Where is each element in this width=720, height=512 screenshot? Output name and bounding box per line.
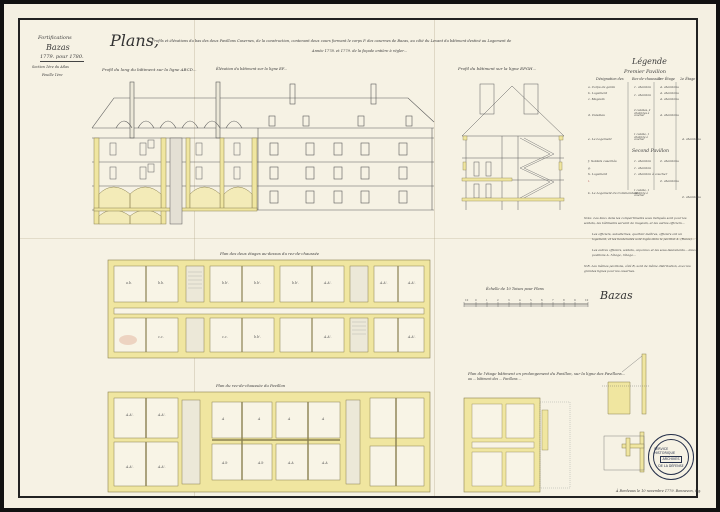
- section-elevation-caption: Profil du long du bâtiment sur la ligne …: [102, 68, 197, 72]
- legend-row: b. Logement: [588, 92, 607, 95]
- annex-plan: [464, 398, 574, 494]
- svg-text:A.A: A.A: [321, 461, 328, 465]
- title-subtitle-2: Année 1778. et 1779. de la façade entièr…: [312, 50, 407, 54]
- svg-text:A.A'.: A.A'.: [407, 335, 416, 339]
- svg-text:b.b'.: b.b'.: [254, 281, 261, 285]
- cross-section: [460, 82, 570, 212]
- svg-text:8: 8: [563, 298, 565, 302]
- legend-row: a. Corps de garde: [588, 86, 615, 89]
- ground-floor-plan-caption: Plan du rez-de-chaussée du Pavillon: [216, 384, 285, 388]
- footer-date-signature: À Bordeaux le 10 novembre 1779. Bonnavon…: [616, 490, 701, 493]
- svg-text:2: 2: [497, 298, 499, 302]
- svg-text:A.A'.: A.A'.: [323, 335, 332, 339]
- svg-text:A.A'.: A.A'.: [157, 413, 166, 417]
- stamp-middle-text: ARCHIVES: [660, 456, 682, 463]
- stamp-bottom-text: DE LA DÉFENSE: [658, 464, 683, 468]
- svg-text:A.A'.: A.A'.: [379, 281, 388, 285]
- svg-text:a.b.: a.b.: [126, 281, 132, 285]
- legend-col-4: 2e Étage: [680, 78, 695, 81]
- svg-text:b.b'.: b.b'.: [292, 281, 299, 285]
- svg-text:A.A'.: A.A'.: [323, 281, 332, 285]
- svg-text:b.b.: b.b.: [158, 281, 164, 285]
- legend-row: d. Cuisines: [588, 114, 605, 117]
- cross-section-caption: Profil du bâtiment sur la ligne EFGH...: [458, 67, 536, 71]
- legend-row: f. Soldats casernés: [588, 160, 617, 163]
- legend-cell: 4. chambres: [660, 98, 679, 101]
- drawing-sheet: Fortifications Bazas 1779. pour 1780. Se…: [4, 4, 716, 508]
- ground-floor-plan: A.A'. A.A'. A.A'. A.A'. A A A A A.b A.b …: [108, 392, 430, 492]
- title-subtitle-1: Profils et élévations du bas des deux Pa…: [152, 40, 511, 44]
- archive-line-4: Section 1ère du Atlas: [32, 66, 69, 69]
- legend-title: Légende: [632, 58, 667, 66]
- svg-text:A.A'.: A.A'.: [157, 465, 166, 469]
- svg-text:A.b: A.b: [257, 461, 263, 465]
- legend-col-2: Rez-de-chaussée: [632, 78, 661, 81]
- scale-caption: Échelle de 10 Toises pour Plans: [486, 288, 544, 292]
- archive-line-3: 1779. pour 1780.: [40, 55, 84, 62]
- legend-section2-title: Second Pavillon: [632, 150, 669, 155]
- svg-text:6: 6: [541, 298, 543, 302]
- legend-cell: 1. chambre: [634, 160, 651, 163]
- svg-text:1: 1: [486, 298, 488, 302]
- svg-text:5: 5: [530, 298, 532, 302]
- svg-text:A.A'.: A.A'.: [125, 413, 134, 417]
- legend-cell: 4. chambres: [660, 114, 679, 117]
- legend-row: h. Logement: [588, 173, 607, 176]
- archive-stamp: SERVICE HISTORIQUE ARCHIVES DE LA DÉFENS…: [648, 434, 694, 480]
- legend-cell: 2. chambres: [682, 196, 701, 199]
- legend-cell: 1 cuisine, 1 chambre à coucher: [634, 190, 658, 198]
- legend-cell: 1. chambre: [634, 94, 651, 97]
- svg-text:b.b'.: b.b'.: [222, 281, 229, 285]
- legend-cell: 4. chambres: [660, 86, 679, 89]
- legend-cell: 1 cuisine, 1 chambre à coucher: [634, 134, 658, 142]
- legend-col-3: 1er Étage: [658, 78, 675, 81]
- svg-text:A.b: A.b: [221, 461, 227, 465]
- annex-plan-caption-2: au ... bâtiment des ... Pavillons ...: [468, 378, 522, 381]
- archive-line-1: Fortifications: [38, 36, 72, 41]
- archive-line-5: Feuille 1ère: [42, 74, 63, 77]
- legend-col-1: Désignation des: [596, 78, 624, 81]
- detail-drawings: [602, 352, 652, 472]
- legend-cell: 4. chambres: [660, 92, 679, 95]
- svg-text:4: 4: [519, 298, 521, 302]
- drawing-frame: Fortifications Bazas 1779. pour 1780. Se…: [18, 18, 698, 498]
- upper-floor-plan-caption: Plan des deux étages au-dessus du rez-de…: [220, 252, 319, 256]
- svg-text:c.c.: c.c.: [158, 335, 164, 339]
- svg-text:7: 7: [552, 298, 554, 302]
- svg-text:0: 0: [475, 298, 477, 302]
- legend-note-2: Les officiers, subalternes, quartier-maî…: [592, 232, 698, 241]
- svg-text:10: 10: [465, 298, 469, 302]
- legend-note-3: Les autres officiers, soldats, caporaux …: [592, 248, 698, 257]
- legend-note-4: N.B. Les mêmes pavillons, côté B, sont d…: [584, 264, 698, 273]
- svg-text:A.A'.: A.A'.: [407, 281, 416, 285]
- legend-cell: 1. chambre: [634, 167, 651, 170]
- legend-row: i.: [588, 180, 590, 183]
- legend-row: e. Le Logement: [588, 138, 612, 141]
- longitudinal-section-elevation: [86, 76, 436, 226]
- svg-text:9: 9: [574, 298, 576, 302]
- section-elevation-caption-2: Élévation du bâtiment sur la ligne EF...: [216, 68, 287, 72]
- legend-note-1: Nota. Les lieux dans les compartiments s…: [584, 216, 698, 225]
- signature: Bazas: [600, 290, 633, 301]
- legend-row: k. Le Logement du Commandant: [588, 192, 638, 195]
- svg-text:A.A: A.A: [287, 461, 294, 465]
- legend-row: c. Magasin: [588, 98, 605, 101]
- svg-text:10: 10: [585, 298, 589, 302]
- archive-line-2: Bazas: [46, 44, 70, 52]
- legend-cell: 2. chambres: [660, 160, 679, 163]
- legend-cell: 1. chambre à coucher: [634, 173, 667, 176]
- svg-text:b.b'.: b.b'.: [254, 335, 261, 339]
- legend-cell: 2. chambres: [660, 180, 679, 183]
- legend-cell: 1. chambre: [634, 86, 651, 89]
- svg-text:A.A'.: A.A'.: [125, 465, 134, 469]
- svg-text:3: 3: [508, 298, 510, 302]
- legend-row: g.: [588, 167, 591, 170]
- stamp-top-text: SERVICE HISTORIQUE: [654, 447, 688, 455]
- legend-section1-title: Premier Pavillon: [624, 70, 666, 75]
- legend-cell: 4. chambres: [682, 138, 701, 141]
- svg-text:c.c.: c.c.: [222, 335, 228, 339]
- legend-cell: 2 cuisines, 2 chambres à coucher: [634, 110, 658, 118]
- upper-floor-plan: a.b. b.b. b.b'. b.b'. b.b'. A.A'. A.A'. …: [108, 260, 430, 358]
- scale-bar: 10 0 1 2 3 4 5 6 7 8 9 10: [464, 296, 594, 310]
